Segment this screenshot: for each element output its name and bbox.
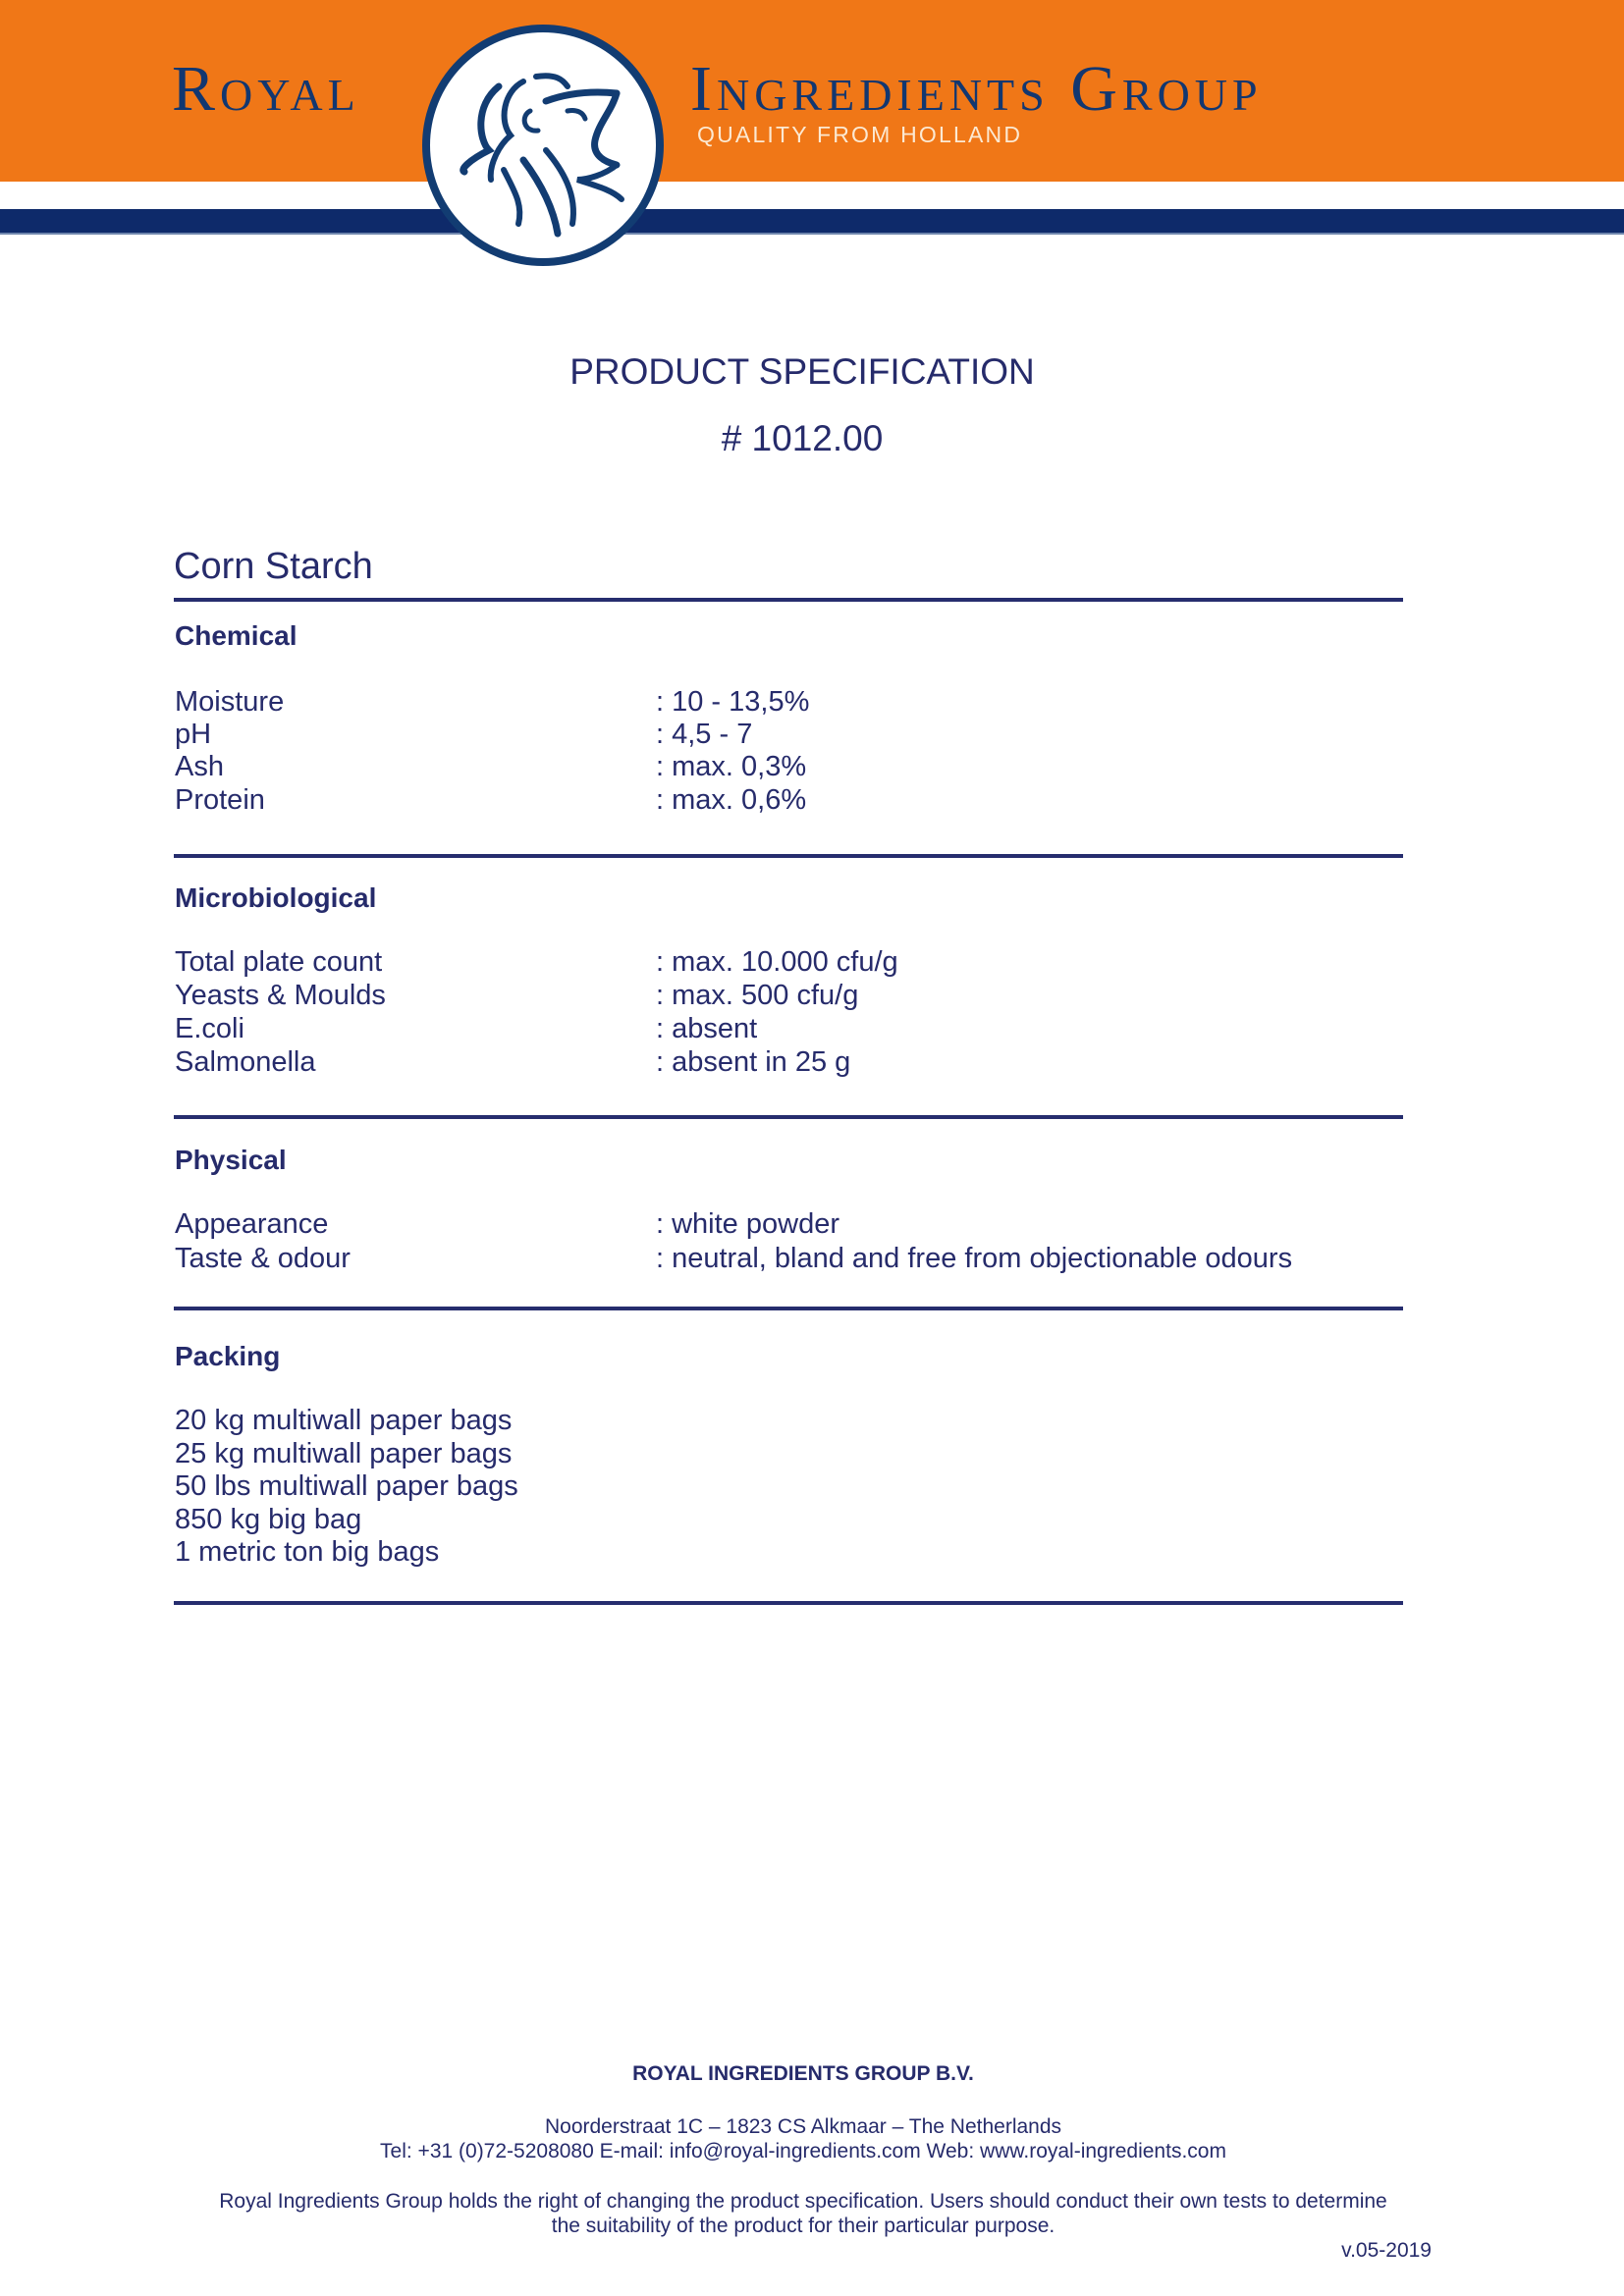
divider-line xyxy=(174,854,1403,858)
document-title: PRODUCT SPECIFICATION xyxy=(0,351,1604,393)
product-name: Corn Starch xyxy=(174,546,373,588)
spec-label: Protein xyxy=(175,784,265,817)
packing-item: 20 kg multiwall paper bags xyxy=(175,1405,512,1437)
footer-disclaimer: Royal Ingredients Group holds the right … xyxy=(0,2190,1606,2214)
section-heading-chemical: Chemical xyxy=(175,620,298,652)
footer-contact: Tel: +31 (0)72-5208080 E-mail: info@roya… xyxy=(0,2140,1606,2163)
packing-item: 850 kg big bag xyxy=(175,1504,361,1536)
packing-item: 50 lbs multiwall paper bags xyxy=(175,1470,518,1503)
section-heading-physical: Physical xyxy=(175,1145,287,1176)
spec-value: : absent in 25 g xyxy=(656,1046,850,1079)
divider-line xyxy=(174,598,1403,602)
spec-value: : max. 0,3% xyxy=(656,751,806,783)
spec-value: : max. 500 cfu/g xyxy=(656,980,858,1012)
brand-name-royal: Royal xyxy=(172,57,360,122)
spec-label: Appearance xyxy=(175,1208,328,1241)
spec-label: E.coli xyxy=(175,1013,244,1045)
divider-line xyxy=(174,1601,1403,1605)
spec-value: : max. 0,6% xyxy=(656,784,806,817)
spec-value: : neutral, bland and free from objection… xyxy=(656,1243,1292,1275)
spec-label: Salmonella xyxy=(175,1046,315,1079)
spec-value: : 4,5 - 7 xyxy=(656,719,752,751)
footer-address: Noorderstraat 1C – 1823 CS Alkmaar – The… xyxy=(0,2115,1606,2139)
brand-tagline: QUALITY FROM HOLLAND xyxy=(697,122,1022,148)
footer-company-name: ROYAL INGREDIENTS GROUP B.V. xyxy=(0,2062,1606,2086)
section-heading-microbiological: Microbiological xyxy=(175,882,376,914)
header-white-band xyxy=(0,182,1624,209)
footer-disclaimer: the suitability of the product for their… xyxy=(0,2215,1606,2238)
spec-label: Yeasts & Moulds xyxy=(175,980,386,1012)
spec-label: Total plate count xyxy=(175,946,382,979)
packing-item: 1 metric ton big bags xyxy=(175,1536,439,1569)
section-heading-packing: Packing xyxy=(175,1341,280,1372)
spec-value: : max. 10.000 cfu/g xyxy=(656,946,898,979)
brand-name-ingredients-group: Ingredients Group xyxy=(690,57,1263,122)
spec-label: Ash xyxy=(175,751,224,783)
document-number: # 1012.00 xyxy=(0,418,1604,459)
divider-line xyxy=(174,1307,1403,1310)
spec-value: : 10 - 13,5% xyxy=(656,686,809,719)
header-navy-band xyxy=(0,209,1624,235)
spec-label: Moisture xyxy=(175,686,284,719)
company-logo xyxy=(422,25,664,266)
spec-label: pH xyxy=(175,719,211,751)
packing-item: 25 kg multiwall paper bags xyxy=(175,1438,512,1470)
divider-line xyxy=(174,1115,1403,1119)
spec-value: : absent xyxy=(656,1013,757,1045)
document-version: v.05-2019 xyxy=(1341,2239,1432,2263)
lion-head-icon xyxy=(430,32,656,258)
spec-label: Taste & odour xyxy=(175,1243,351,1275)
spec-value: : white powder xyxy=(656,1208,839,1241)
